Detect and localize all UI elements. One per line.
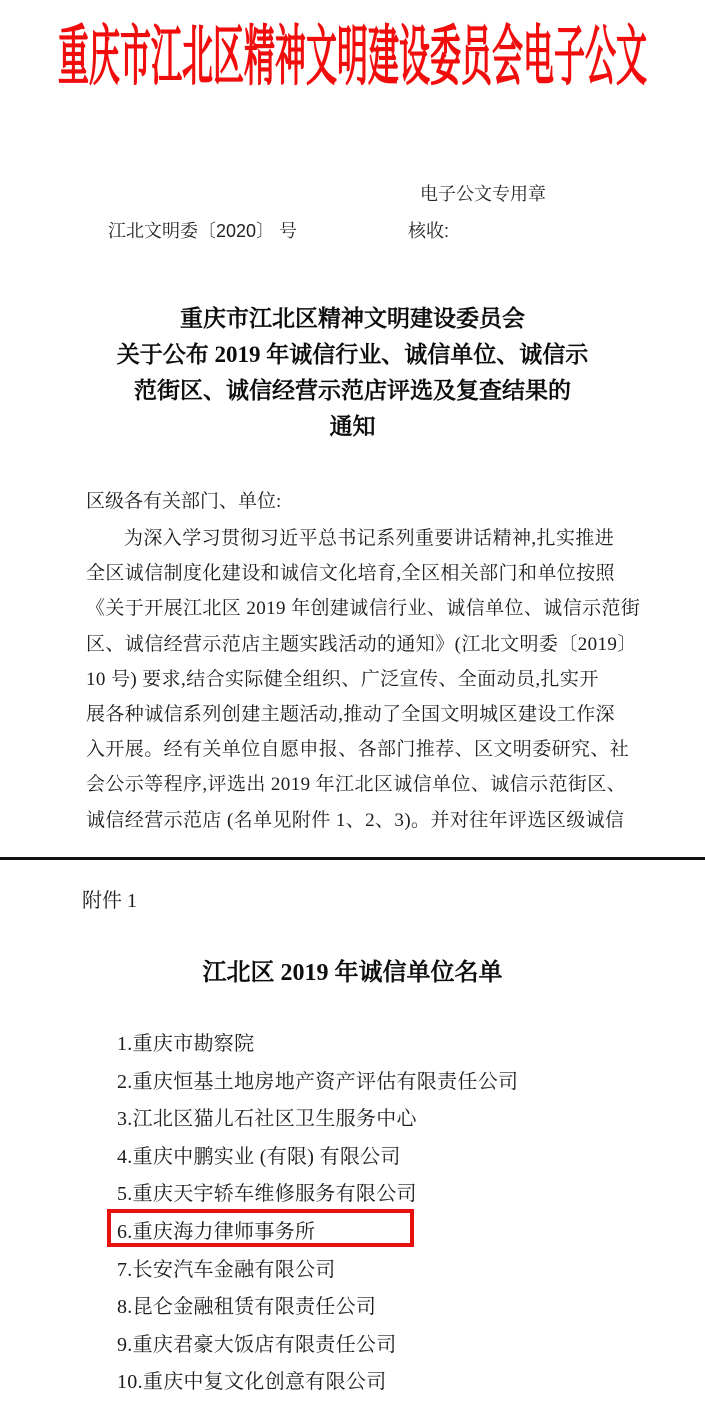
receive-label: 核收: — [408, 220, 449, 242]
highlight-box — [107, 1209, 414, 1247]
body-line: 为深入学习贯彻习近平总书记系列重要讲话精神,扎实推进 — [86, 521, 626, 556]
body-line: 诚信经营示范店 (名单见附件 1、2、3)。并对往年评选区级诚信 — [86, 803, 626, 838]
document-page: 重庆市江北区精神文明建设委员会电子公文 电子公文专用章 江北文明委〔2020〕 … — [0, 0, 705, 1416]
list-item: 4.重庆中鹏实业 (有限) 有限公司 — [117, 1139, 518, 1177]
document-title: 重庆市江北区精神文明建设委员会 关于公布 2019 年诚信行业、诚信单位、诚信示… — [40, 301, 665, 445]
body-line: 入开展。经有关单位自愿申报、各部门推荐、区文明委研究、社 — [86, 732, 626, 767]
honor-list-title: 江北区 2019 年诚信单位名单 — [0, 952, 705, 987]
list-item: 1.重庆市勘察院 — [117, 1026, 518, 1064]
page-break-divider — [0, 857, 705, 860]
list-item: 7.长安汽车金融有限公司 — [117, 1252, 518, 1290]
title-line-2: 关于公布 2019 年诚信行业、诚信单位、诚信示 — [40, 337, 665, 373]
list-item: 10.重庆中复文化创意有限公司 — [117, 1364, 518, 1402]
list-item: 3.江北区猫儿石社区卫生服务中心 — [117, 1101, 518, 1139]
body-line: 《关于开展江北区 2019 年创建诚信行业、诚信单位、诚信示范街 — [86, 591, 626, 626]
body-line: 区、诚信经营示范店主题实践活动的通知》(江北文明委〔2019〕 — [86, 627, 626, 662]
body-line: 10 号) 要求,结合实际健全组织、广泛宣传、全面动员,扎实开 — [86, 662, 626, 697]
body-line: 会公示等程序,评选出 2019 年江北区诚信单位、诚信示范街区、 — [86, 767, 626, 802]
attachment-label: 附件 1 — [82, 884, 137, 913]
masthead-banner: 重庆市江北区精神文明建设委员会电子公文 — [0, 24, 705, 100]
body-line: 展各种诚信系列创建主题活动,推动了全国文明城区建设工作深 — [86, 697, 626, 732]
list-item: 9.重庆君豪大饭店有限责任公司 — [117, 1327, 518, 1365]
salutation: 区级各有关部门、单位: — [86, 486, 281, 513]
masthead-title: 重庆市江北区精神文明建设委员会电子公文 — [58, 24, 647, 89]
title-line-1: 重庆市江北区精神文明建设委员会 — [40, 301, 665, 337]
list-item: 2.重庆恒基土地房地产资产评估有限责任公司 — [117, 1064, 518, 1102]
list-item: 8.昆仑金融租赁有限责任公司 — [117, 1289, 518, 1327]
document-number: 江北文明委〔2020〕 号 — [108, 220, 297, 242]
stamp-label: 电子公文专用章 — [420, 183, 546, 205]
body-paragraph: 为深入学习贯彻习近平总书记系列重要讲话精神,扎实推进 全区诚信制度化建设和诚信文… — [86, 521, 626, 838]
title-line-3: 范街区、诚信经营示范店评选及复查结果的 — [40, 373, 665, 409]
title-line-4: 通知 — [40, 409, 665, 445]
body-line: 全区诚信制度化建设和诚信文化培育,全区相关部门和单位按照 — [86, 556, 626, 591]
